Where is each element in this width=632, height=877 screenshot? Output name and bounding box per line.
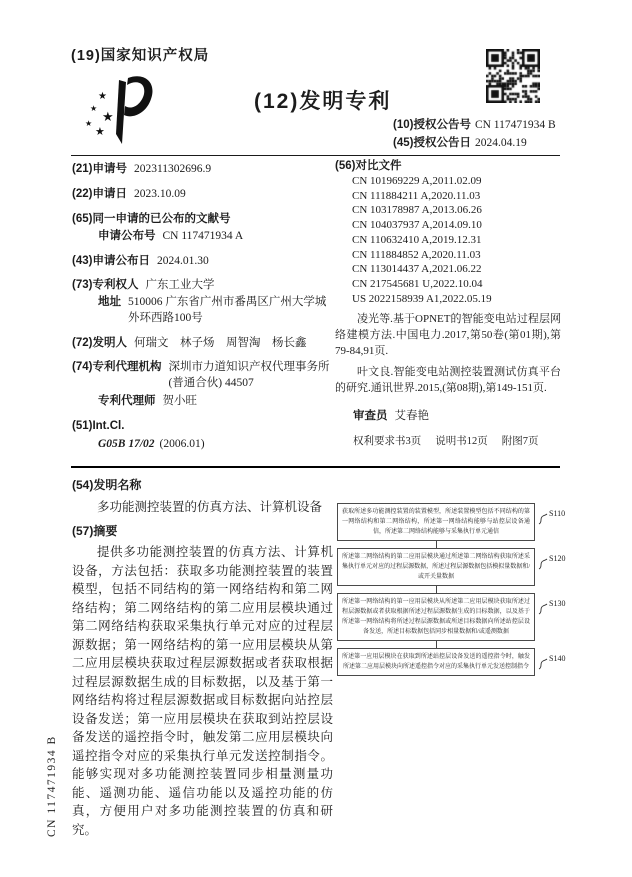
flowchart-figure: 获取所述多功能测控装置的装置模型，所述装置模型包括不同结构的第一网络结构和第二网… <box>337 503 535 676</box>
patentee-label: (73)专利权人 <box>72 277 138 293</box>
cnipa-logo-icon: ★ ★ ★ ★ ★ <box>78 72 164 158</box>
citation-item: CN 110632410 A,2019.12.31 <box>352 233 561 248</box>
publication-date-value: 2024.01.30 <box>157 253 209 269</box>
citation-item: CN 113014437 A,2021.06.22 <box>352 262 561 277</box>
citation-item: CN 111884211 A,2020.11.03 <box>352 189 561 204</box>
description-pages: 说明书12页 <box>435 434 488 450</box>
flowchart-box: 所述第一应用层模块在获取到所述站控层设备发送的遥控指令时，触发所述第二应用层模块… <box>337 648 535 676</box>
grant-number-line: (10)授权公告号CN 117471934 B <box>393 116 556 132</box>
application-date-value: 2023.10.09 <box>134 186 186 202</box>
logo-strokes <box>78 72 164 158</box>
step-tag: S140 <box>538 654 565 670</box>
agent-label: 专利代理师 <box>98 393 156 409</box>
flowchart-step: 所述第一应用层模块在获取到所述站控层设备发送的遥控指令时，触发所述第二应用层模块… <box>337 648 535 676</box>
grant-number-label: (10)授权公告号 <box>393 119 471 131</box>
publication-date-label: (43)申请公布日 <box>72 253 150 269</box>
prior-publication-label: (65)同一申请的已公布的文献号 <box>72 211 230 227</box>
citations-header: (56)对比文件 <box>335 158 561 174</box>
examiner-label: 审查员 <box>353 408 388 424</box>
examiner-value: 艾春艳 <box>395 408 430 424</box>
qr-code <box>486 49 540 103</box>
invention-title-label: (54)发明名称 <box>72 476 333 493</box>
inventors-value: 何瑞文 林子炀 周智淘 杨长鑫 <box>134 335 307 351</box>
prior-publication-row: (65)同一申请的已公布的文献号 <box>72 211 334 227</box>
application-date-label: (22)申请日 <box>72 186 127 202</box>
document-kind-title: (12)发明专利 <box>254 85 391 115</box>
down-arrow-icon <box>436 586 437 593</box>
flowchart-box: 所述第一网络结构的第一应用层模块从所述第二应用层模块获取所述过程层源数据或者获取… <box>337 593 535 641</box>
examiner-row: 审查员 艾春艳 <box>353 408 561 424</box>
down-arrow-icon <box>436 541 437 548</box>
publication-number-value: CN 117471934 A <box>163 228 244 244</box>
grant-date-line: (45)授权公告日2024.04.19 <box>393 134 527 150</box>
invention-title: 多功能测控装置的仿真方法、计算机设备 <box>72 497 333 515</box>
abstract-label: (57)摘要 <box>72 522 333 539</box>
non-patent-reference: 叶文良.智能变电站测控装置测试仿真平台的研究.通讯世界.2015,(第08期),… <box>335 364 561 396</box>
application-number-label: (21)申请号 <box>72 161 127 177</box>
citations-label: (56)对比文件 <box>335 158 401 174</box>
logo-star-icon: ★ <box>102 110 114 123</box>
grant-number-value: CN 117471934 B <box>475 119 556 131</box>
step-tag: S120 <box>538 554 565 570</box>
patentee-value: 广东工业大学 <box>145 277 214 293</box>
intcl-label: (51)Int.Cl. <box>72 418 124 434</box>
flowchart-box: 获取所述多功能测控装置的装置模型，所述装置模型包括不同结构的第一网络结构和第二网… <box>337 503 535 541</box>
patentee-row: (73)专利权人 广东工业大学 <box>72 277 334 293</box>
claims-pages: 权利要求书3页 <box>353 434 421 450</box>
step-tag: S110 <box>538 509 565 525</box>
application-date-row: (22)申请日 2023.10.09 <box>72 186 334 202</box>
address-label: 地址 <box>98 294 121 310</box>
flowchart-step: 所述第二网络结构的第二应用层模块通过所述第二网络结构获取所述采集执行单元对应的过… <box>337 548 535 586</box>
agent-row: 专利代理师 贺小旺 <box>98 393 334 409</box>
bibliographic-data: (21)申请号 202311302696.9 (22)申请日 2023.10.0… <box>72 158 334 452</box>
step-id: S120 <box>549 554 565 563</box>
intcl-code: G05B 17/02 <box>98 436 155 452</box>
flowchart-step: 获取所述多功能测控装置的装置模型，所述装置模型包括不同结构的第一网络结构和第二网… <box>337 503 535 541</box>
citation-item: US 2022158939 A1,2022.05.19 <box>352 292 561 307</box>
citation-item: CN 103178987 A,2013.06.26 <box>352 203 561 218</box>
grant-date-value: 2024.04.19 <box>475 137 527 149</box>
step-id: S140 <box>549 654 565 663</box>
patent-office-name: (19)国家知识产权局 <box>71 44 209 65</box>
agency-row: (74)专利代理机构 深圳市力道知识产权代理事务所(普通合伙) 44507 <box>72 359 334 391</box>
intcl-year: (2006.01) <box>160 436 205 452</box>
squiggle-connector-icon <box>538 603 548 615</box>
intcl-row: (51)Int.Cl. <box>72 418 334 434</box>
citation-item: CN 101969229 A,2011.02.09 <box>352 174 561 189</box>
citations-section: (56)对比文件 CN 101969229 A,2011.02.09 CN 11… <box>335 158 561 450</box>
section-divider <box>71 466 560 468</box>
squiggle-connector-icon <box>538 658 548 670</box>
patent-front-page: (19)国家知识产权局 ★ ★ ★ ★ ★ (12)发明专利 (10)授权公告号… <box>0 0 632 877</box>
step-tag: S130 <box>538 599 565 615</box>
down-arrow-icon <box>436 641 437 648</box>
inventors-label: (72)发明人 <box>72 335 127 351</box>
logo-star-icon: ★ <box>95 127 105 138</box>
grant-date-label: (45)授权公告日 <box>393 137 471 149</box>
application-number-row: (21)申请号 202311302696.9 <box>72 161 334 177</box>
step-id: S130 <box>549 599 565 608</box>
figures-pages: 附图7页 <box>502 434 539 450</box>
intcl-class-row: G05B 17/02 (2006.01) <box>98 436 334 452</box>
publication-date-row: (43)申请公布日 2024.01.30 <box>72 253 334 269</box>
title-abstract-section: (54)发明名称 多功能测控装置的仿真方法、计算机设备 (57)摘要 提供多功能… <box>72 474 333 839</box>
logo-star-icon: ★ <box>98 92 107 102</box>
step-id: S110 <box>549 509 565 518</box>
publication-number-label: 申请公布号 <box>98 228 156 244</box>
header-divider <box>71 155 560 156</box>
squiggle-connector-icon <box>538 513 548 525</box>
address-row: 地址 510006 广东省广州市番禺区广州大学城外环西路100号 <box>98 294 334 326</box>
address-value: 510006 广东省广州市番禺区广州大学城外环西路100号 <box>128 294 334 326</box>
abstract-text: 提供多功能测控装置的仿真方法、计算机设备，方法包括：获取多功能测控装置的装置模型… <box>72 543 333 839</box>
publication-number-row: 申请公布号 CN 117471934 A <box>98 228 334 244</box>
citation-item: CN 104037937 A,2014.09.10 <box>352 218 561 233</box>
application-number-value: 202311302696.9 <box>134 161 211 177</box>
non-patent-reference: 凌光等.基于OPNET的智能变电站过程层网络建模方法.中国电力.2017,第50… <box>335 311 561 359</box>
flowchart-step: 所述第一网络结构的第一应用层模块从所述第二应用层模块获取所述过程层源数据或者获取… <box>337 593 535 641</box>
agency-label: (74)专利代理机构 <box>72 359 161 375</box>
agency-value: 深圳市力道知识产权代理事务所(普通合伙) 44507 <box>168 359 334 391</box>
inventors-row: (72)发明人 何瑞文 林子炀 周智淘 杨长鑫 <box>72 335 334 351</box>
citation-item: CN 111884852 A,2020.11.03 <box>352 248 561 263</box>
flowchart-box: 所述第二网络结构的第二应用层模块通过所述第二网络结构获取所述采集执行单元对应的过… <box>337 548 535 586</box>
citation-item: CN 217545681 U,2022.10.04 <box>352 277 561 292</box>
agent-value: 贺小旺 <box>163 393 198 409</box>
logo-star-icon: ★ <box>90 105 97 113</box>
logo-star-icon: ★ <box>85 120 92 128</box>
pages-summary: 权利要求书3页 说明书12页 附图7页 <box>353 434 561 450</box>
squiggle-connector-icon <box>538 558 548 570</box>
side-document-number: CN 117471934 B <box>46 697 58 837</box>
